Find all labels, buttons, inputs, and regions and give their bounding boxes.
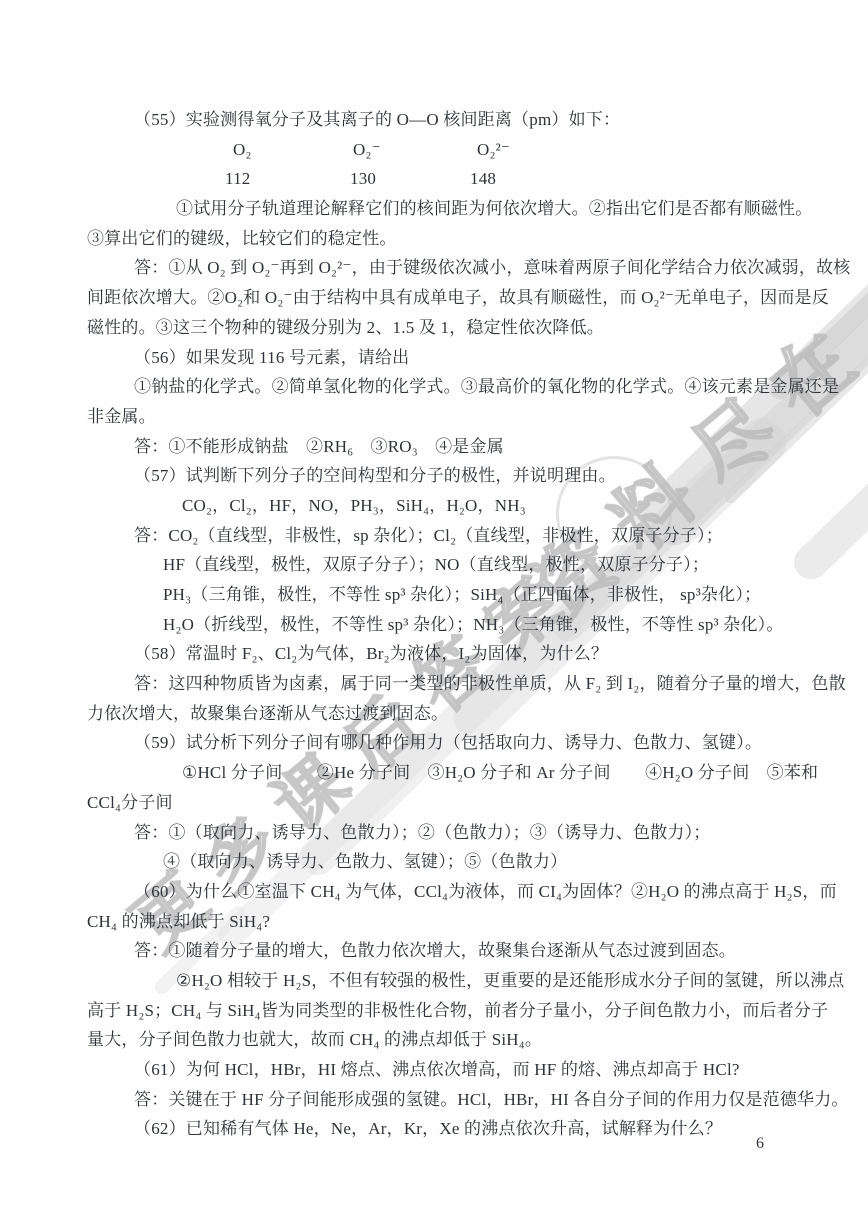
answer-59-line2: ④（取向力、诱导力、色散力、氢键）；⑤（色散力） [87,847,787,877]
answer-61: 答：关键在于 HF 分子间能形成强的氢键。HCl，HBr，HI 各自分子间的作用… [87,1085,787,1115]
question-59: （59）试分析下列分子间有哪几种作用力（包括取向力、诱导力、色散力、氢键）。 [87,728,787,758]
question-59-list: ①HCl 分子间 ②He 分子间 ③H₂O 分子和 Ar 分子间 ④H₂O 分子… [87,758,787,788]
question-59-list2: CCl₄分子间 [87,788,787,818]
question-57: （57）试判断下列分子的空间构型和分子的极性，并说明理由。 [87,461,787,491]
table-cell-formula: O₂ [233,135,252,165]
question-56-sub: ①钠盐的化学式。②简单氢化物的化学式。③最高价的氧化物的化学式。④该元素是金属还… [87,372,787,402]
o2-distance-row: 112 130 148 [87,164,787,194]
answer-57-line3: PH₃（三角锥，极性，不等性 sp³ 杂化）；SiH₄（正四面体，非极性， sp… [87,580,787,610]
watermark-streak [787,444,868,587]
question-56-sub2: 非金属。 [87,402,787,432]
document-page: 更多课后答案 资料尽在 （55）实验测得氧分子及其离子的 O—O 核间距离（pm… [0,0,868,1228]
table-cell-value: 112 [225,164,250,194]
answer-55-line2: 间距依次增大。②O₂和 O₂⁻由于结构中具有成单电子，故具有顺磁性，而 O₂²⁻… [87,283,787,313]
answer-60-line4: 量大，分子间色散力也就大，故而 CH₄ 的沸点却低于 SiH₄。 [87,1025,787,1055]
answer-60-line2: ②H₂O 相较于 H₂S，不但有较强的极性，更重要的是还能形成水分子间的氢键，所… [87,966,787,996]
question-57-list: CO₂，Cl₂，HF，NO，PH₃，SiH₄，H₂O，NH₃ [87,491,787,521]
table-cell-value: 130 [350,164,376,194]
question-55-sub: ①试用分子轨道理论解释它们的核间距为何依次增大。②指出它们是否都有顺磁性。 [87,194,787,224]
answer-58-line1: 答：这四种物质皆为卤素，属于同一类型的非极性单质，从 F₂ 到 I₂，随着分子量… [87,669,787,699]
answer-57-line4: H₂O（折线型，极性，不等性 sp³ 杂化）；NH₃（三角锥，极性，不等性 sp… [87,610,787,640]
answer-57-line1: 答：CO₂（直线型，非极性，sp 杂化）；Cl₂（直线型，非极性，双原子分子）； [87,521,787,551]
answer-57-line2: HF（直线型，极性，双原子分子）；NO（直线型，极性，双原子分子）； [87,550,787,580]
question-61: （61）为何 HCl，HBr，HI 熔点、沸点依次增高，而 HF 的熔、沸点却高… [87,1055,787,1085]
question-55-sub2: ③算出它们的键级，比较它们的稳定性。 [87,224,787,254]
answer-55-line1: 答：①从 O₂ 到 O₂⁻再到 O₂²⁻，由于键级依次减小，意味着两原子间化学结… [87,253,787,283]
page-number: 6 [756,1132,764,1156]
answer-59-line1: 答：①（取向力、诱导力、色散力）；②（色散力）；③（诱导力、色散力）； [87,818,787,848]
table-cell-formula: O₂²⁻ [477,135,510,165]
table-cell-value: 148 [470,164,496,194]
question-60-line2: CH₄ 的沸点却低于 SiH₄? [87,907,787,937]
question-58: （58）常温时 F₂、Cl₂为气体，Br₂为液体，I₂为固体，为什么？ [87,639,787,669]
o2-species-row: O₂ O₂⁻ O₂²⁻ [87,135,787,165]
answer-56: 答：①不能形成钠盐 ②RH₆ ③RO₃ ④是金属 [87,432,787,462]
question-56: （56）如果发现 116 号元素，请给出 [87,343,787,373]
document-body: （55）实验测得氧分子及其离子的 O—O 核间距离（pm）如下： O₂ O₂⁻ … [87,105,787,1144]
answer-60-line1: 答：①随着分子量的增大，色散力依次增大，故聚集台逐渐从气态过渡到固态。 [87,936,787,966]
answer-58-line2: 力依次增大，故聚集台逐渐从气态过渡到固态。 [87,699,787,729]
question-60: （60）为什么①室温下 CH₄ 为气体，CCl₄为液体，而 CI₄为固体？②H₂… [87,877,787,907]
question-55: （55）实验测得氧分子及其离子的 O—O 核间距离（pm）如下： [87,105,787,135]
question-62: （62）已知稀有气体 He，Ne，Ar，Kr，Xe 的沸点依次升高，试解释为什么… [87,1114,787,1144]
answer-60-line3: 高于 H₂S；CH₄ 与 SiH₄皆为同类型的非极性化合物，前者分子量小，分子间… [87,996,787,1026]
table-cell-formula: O₂⁻ [353,135,381,165]
answer-55-line3: 磁性的。③这三个物种的键级分别为 2、1.5 及 1，稳定性依次降低。 [87,313,787,343]
